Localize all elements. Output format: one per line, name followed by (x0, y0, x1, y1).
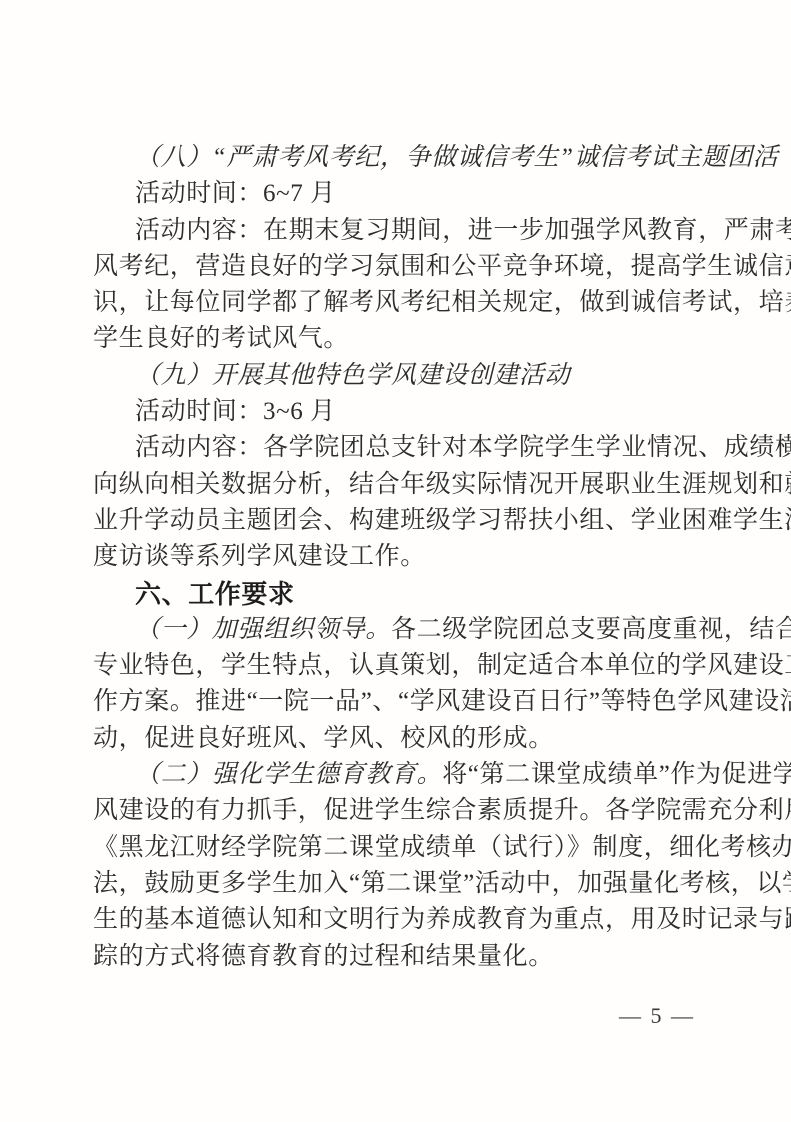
item-9-heading: （九）开展其他特色学风建设创建活动 (93, 358, 705, 394)
requirement-2-line-5: 生的基本道德认知和文明行为养成教育为重点，用及时记录与跟 (93, 902, 705, 938)
requirement-2-line-6: 踪的方式将德育教育的过程和结果量化。 (93, 939, 705, 975)
item-8-content-line-4: 学生良好的考试风气。 (93, 321, 705, 357)
requirement-1-line-1: （一）加强组织领导。各二级学院团总支要高度重视，结合 (93, 612, 705, 648)
item-8-heading: （八）“严肃考风考纪，争做诚信考生”诚信考试主题团活 (93, 140, 705, 176)
item-8-content-line-1: 活动内容：在期末复习期间，进一步加强学风教育，严肃考 (93, 213, 705, 249)
requirement-2-text: 将“第二课堂成绩单”作为促进学 (442, 761, 791, 788)
item-9-time: 活动时间：3~6 月 (93, 394, 705, 430)
requirement-1-lead: （一）加强组织领导。 (135, 616, 391, 643)
item-8-content-line-2: 风考纪，营造良好的学习氛围和公平竞争环境，提高学生诚信意 (93, 249, 705, 285)
document-page: （八）“严肃考风考纪，争做诚信考生”诚信考试主题团活 活动时间：6~7 月 活动… (0, 0, 791, 1122)
requirement-2-line-3: 《黑龙江财经学院第二课堂成绩单（试行）》制度，细化考核办 (93, 830, 705, 866)
requirement-1-line-3: 作方案。推进“一院一品”、“学风建设百日行”等特色学风建设活 (93, 684, 705, 720)
page-number: — 5 — (619, 1003, 695, 1029)
requirement-1-line-2: 专业特色，学生特点，认真策划，制定适合本单位的学风建设工 (93, 648, 705, 684)
section-6-heading: 六、工作要求 (93, 576, 705, 612)
document-body: （八）“严肃考风考纪，争做诚信考生”诚信考试主题团活 活动时间：6~7 月 活动… (93, 140, 705, 975)
item-9-content-line-1: 活动内容：各学院团总支针对本学院学生学业情况、成绩横 (93, 430, 705, 466)
item-8-time: 活动时间：6~7 月 (93, 176, 705, 212)
item-9-content-line-2: 向纵向相关数据分析，结合年级实际情况开展职业生涯规划和就 (93, 467, 705, 503)
requirement-2-lead: （二）强化学生德育教育。 (135, 761, 442, 788)
requirement-2-line-1: （二）强化学生德育教育。将“第二课堂成绩单”作为促进学 (93, 757, 705, 793)
requirement-1-line-4: 动，促进良好班风、学风、校风的形成。 (93, 721, 705, 757)
item-9-content-line-4: 度访谈等系列学风建设工作。 (93, 539, 705, 575)
item-8-content-line-3: 识，让每位同学都了解考风考纪相关规定，做到诚信考试，培养 (93, 285, 705, 321)
requirement-2-line-4: 法，鼓励更多学生加入“第二课堂”活动中，加强量化考核，以学 (93, 866, 705, 902)
requirement-1-text: 各二级学院团总支要高度重视，结合 (391, 616, 791, 643)
requirement-2-line-2: 风建设的有力抓手，促进学生综合素质提升。各学院需充分利用 (93, 793, 705, 829)
item-9-content-line-3: 业升学动员主题团会、构建班级学习帮扶小组、学业困难学生深 (93, 503, 705, 539)
